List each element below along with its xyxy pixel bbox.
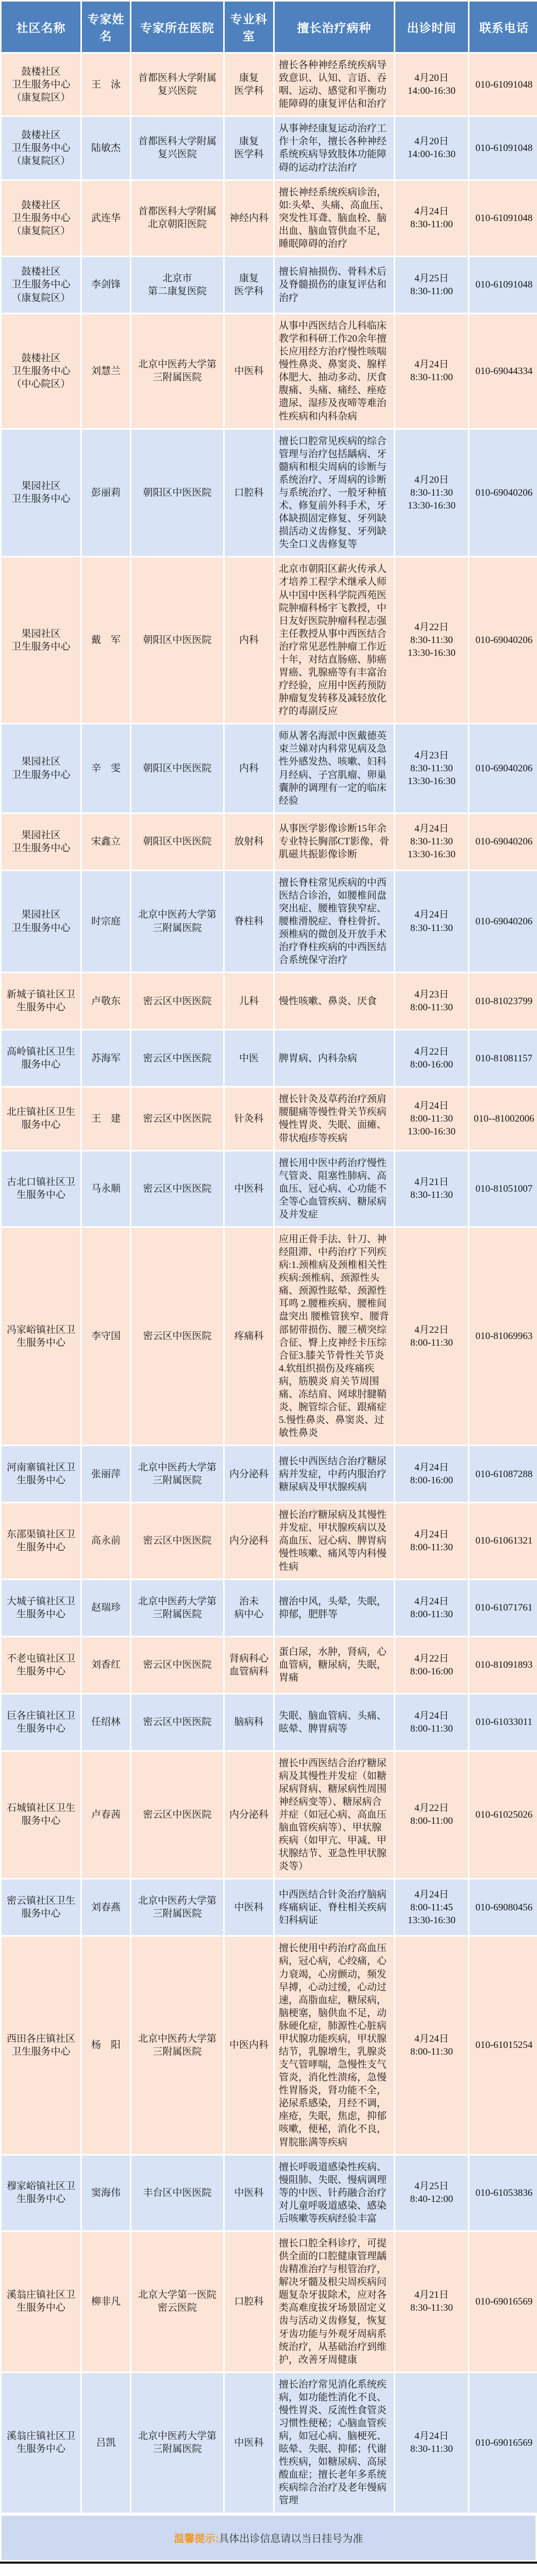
cell-specialty: 擅治中风，头晕，失眠，抑郁，肥胖等 bbox=[275, 1580, 394, 1636]
table-row: 西田各庄镇社区卫生服务中心杨 阳北京中医药大学第 三附属医院中医内科擅长使用中药… bbox=[2, 1937, 537, 2154]
cell-time: 4月20日 14:00-16:30 bbox=[395, 54, 468, 115]
cell-community: 新城子镇社区卫生服务中心 bbox=[2, 973, 80, 1029]
table-row: 鼓楼社区 卫生服务中心 （康复院区）武连华首都医科大学附属 北京朝阳医院神经内科… bbox=[2, 181, 537, 256]
cell-hospital: 密云区中医医院 bbox=[131, 1694, 223, 1750]
cell-hospital: 密云区中医医院 bbox=[131, 973, 223, 1029]
cell-hospital: 密云区中医医院 bbox=[131, 1151, 223, 1226]
cell-phone: 010-69080456 bbox=[469, 1879, 537, 1935]
cell-phone: 010-61091048 bbox=[469, 117, 537, 179]
cell-time: 4月24日 8:00-11:30 bbox=[395, 1503, 468, 1578]
cell-hospital: 首都医科大学附属 复兴医院 bbox=[131, 117, 223, 179]
cell-time: 4月24日 8:00-11:30 bbox=[395, 1694, 468, 1750]
cell-community: 鼓楼社区 卫生服务中心 （康复院区） bbox=[2, 181, 80, 256]
cell-hospital: 密云区中医医院 bbox=[131, 1503, 223, 1578]
cell-time: 4月20日 8:30-11:30 13:30-16:30 bbox=[395, 430, 468, 556]
cell-specialty: 擅长针灸及草药治疗颈肩腰腿痛等慢性骨关节疾病慢性胃炎、失眠、面瘫、带状疱疹等疾病 bbox=[275, 1088, 394, 1149]
cell-community: 果园社区 卫生服务中心 bbox=[2, 871, 80, 972]
cell-time: 4月23日 8:30-11:30 13:30-16:30 bbox=[395, 724, 468, 812]
cell-phone: 010-81051007 bbox=[469, 1151, 537, 1226]
cell-community: 鼓楼社区 卫生服务中心 （康复院区） bbox=[2, 117, 80, 179]
cell-name: 吕凯 bbox=[82, 2373, 130, 2513]
column-header-0: 社区名称 bbox=[2, 2, 80, 52]
cell-phone: 010-69040206 bbox=[469, 557, 537, 723]
column-header-1: 专家姓名 bbox=[82, 2, 130, 52]
cell-community: 大城子镇社区卫生服务中心 bbox=[2, 1580, 80, 1636]
cell-time: 4月21日 8:30-11:30 bbox=[395, 1151, 468, 1226]
cell-community: 果园社区 卫生服务中心 bbox=[2, 724, 80, 812]
cell-community: 果园社区 卫生服务中心 bbox=[2, 430, 80, 556]
cell-phone: 010-61087288 bbox=[469, 1446, 537, 1502]
cell-time: 4月24日 8:00-11:45 13:30-16:30 bbox=[395, 1879, 468, 1935]
cell-community: 果园社区 卫生服务中心 bbox=[2, 557, 80, 723]
table-row: 果园社区 卫生服务中心戴 军朝阳区中医医院内科北京市朝阳区薪火传承人才培养工程学… bbox=[2, 557, 537, 723]
header-row: 社区名称专家姓名专家所在医院专业科室擅长治疗病种出诊时间联系电话 bbox=[2, 2, 537, 52]
cell-hospital: 北京中医药大学第 三附属医院 bbox=[131, 871, 223, 972]
cell-hospital: 密云区中医医院 bbox=[131, 1637, 223, 1693]
cell-time: 4月24日 8:00-16:00 bbox=[395, 1446, 468, 1502]
cell-department: 儿科 bbox=[225, 973, 273, 1029]
cell-hospital: 朝阳区中医医院 bbox=[131, 814, 223, 870]
cell-time: 4月25日 8:30-11:00 bbox=[395, 257, 468, 313]
cell-hospital: 丰台区中医医院 bbox=[131, 2156, 223, 2230]
cell-specialty: 擅长中西医结合治疗糖尿病及其慢性并发症（如糖尿病肾病、糖尿病性周围神经病变等）、… bbox=[275, 1752, 394, 1878]
cell-time: 4月24日 8:00-11:30 bbox=[395, 1580, 468, 1636]
expert-schedule-table: 社区名称专家姓名专家所在医院专业科室擅长治疗病种出诊时间联系电话 鼓楼社区 卫生… bbox=[0, 0, 537, 2514]
cell-community: 鼓楼社区 卫生服务中心 （康复院区） bbox=[2, 257, 80, 313]
column-header-2: 专家所在医院 bbox=[131, 2, 223, 52]
column-header-5: 出诊时间 bbox=[395, 2, 468, 52]
cell-name: 李剑锋 bbox=[82, 257, 130, 313]
cell-phone: 010-69016569 bbox=[469, 2232, 537, 2371]
table-row: 不老屯镇社区卫生服务中心刘香红密云区中医医院肾病科心 血管病科蛋白尿，水肿，肾病… bbox=[2, 1637, 537, 1693]
cell-phone: 010-81081157 bbox=[469, 1030, 537, 1086]
cell-phone: 010--81002006 bbox=[469, 1088, 537, 1149]
table-row: 穆家峪镇社区卫生服务中心窦海伟丰台区中医医院中医科擅长呼吸道感染性疾病、慢阻肺、… bbox=[2, 2156, 537, 2230]
cell-community: 穆家峪镇社区卫生服务中心 bbox=[2, 2156, 80, 2230]
column-header-3: 专业科室 bbox=[225, 2, 273, 52]
cell-department: 中医科 bbox=[225, 1879, 273, 1935]
cell-phone: 010-69040206 bbox=[469, 814, 537, 870]
cell-phone: 010-61025026 bbox=[469, 1752, 537, 1878]
cell-hospital: 北京中医药大学第 三附属医院 bbox=[131, 1879, 223, 1935]
cell-community: 不老屯镇社区卫生服务中心 bbox=[2, 1637, 80, 1693]
cell-community: 冯家峪镇社区卫生服务中心 bbox=[2, 1228, 80, 1445]
cell-department: 中医科 bbox=[225, 314, 273, 428]
table-row: 新城子镇社区卫生服务中心卢敬东密云区中医医院儿科慢性咳嗽、鼻炎、厌食4月23日 … bbox=[2, 973, 537, 1029]
cell-time: 4月24日 8:30-11:00 bbox=[395, 181, 468, 256]
cell-time: 4月24日 8:30-11:30 bbox=[395, 2373, 468, 2513]
table-body: 鼓楼社区 卫生服务中心 （康复院区）王 泳首都医科大学附属 复兴医院康复 医学科… bbox=[2, 54, 537, 2513]
cell-name: 辛 雯 bbox=[82, 724, 130, 812]
footer-note: 温馨提示:具体出诊信息请以当日挂号为准 bbox=[2, 2516, 535, 2560]
table-row: 巨各庄镇社区卫生服务中心任绍林密云区中医医院脑病科失眠、脑血管病、头痛、眩晕、脾… bbox=[2, 1694, 537, 1750]
cell-department: 口腔科 bbox=[225, 430, 273, 556]
table-row: 冯家峪镇社区卫生服务中心李守国密云区中医医院疼痛科应用正骨手法、针刀、神经阻滞、… bbox=[2, 1228, 537, 1445]
cell-time: 4月24日 8:30-11:30 bbox=[395, 871, 468, 972]
cell-department: 神经内科 bbox=[225, 181, 273, 256]
cell-name: 马永顺 bbox=[82, 1151, 130, 1226]
cell-specialty: 中西医结合针灸治疗脑病疼痛病证、脊柱相关疾病妇科病证 bbox=[275, 1879, 394, 1935]
cell-community: 古北口镇社区卫生服务中心 bbox=[2, 1151, 80, 1226]
cell-department: 内科 bbox=[225, 724, 273, 812]
cell-community: 鼓楼社区 卫生服务中心 （中心院区） bbox=[2, 314, 80, 428]
cell-department: 肾病科心 血管病科 bbox=[225, 1637, 273, 1693]
table-row: 河南寨镇社区卫生服务中心张丽萍北京中医药大学第 三附属医院内分泌科擅长中西医结合… bbox=[2, 1446, 537, 1502]
cell-community: 北庄镇社区卫生服务中心 bbox=[2, 1088, 80, 1149]
cell-name: 卢春茜 bbox=[82, 1752, 130, 1878]
table-row: 鼓楼社区 卫生服务中心 （康复院区）王 泳首都医科大学附属 复兴医院康复 医学科… bbox=[2, 54, 537, 115]
cell-department: 中医内科 bbox=[225, 1937, 273, 2154]
column-header-6: 联系电话 bbox=[469, 2, 537, 52]
table-row: 鼓楼社区 卫生服务中心 （中心院区）刘慧兰北京中医药大学第 三附属医院中医科从事… bbox=[2, 314, 537, 428]
table-row: 溪翁庄镇社区卫生服务中心吕凯北京中医药大学第 三附属医院中医科擅长治疗常见消化系… bbox=[2, 2373, 537, 2513]
cell-department: 内分泌科 bbox=[225, 1752, 273, 1878]
cell-name: 彭丽莉 bbox=[82, 430, 130, 556]
cell-specialty: 擅长口腔常见疾病的综合管理与治疗包括龋病、牙髓病和根尖周病的诊断与系统治疗、牙周… bbox=[275, 430, 394, 556]
cell-hospital: 朝阳区中医医院 bbox=[131, 430, 223, 556]
cell-hospital: 朝阳区中医医院 bbox=[131, 557, 223, 723]
cell-specialty: 擅长呼吸道感染性疾病、慢阻肺、失眠、慢病调理等的中医、针药融合治疗对儿童呼吸道感… bbox=[275, 2156, 394, 2230]
cell-phone: 010-61033011 bbox=[469, 1694, 537, 1750]
cell-name: 任绍林 bbox=[82, 1694, 130, 1750]
cell-specialty: 擅长脊柱常见疾病的中西医结合诊治，如腰椎间盘突出症、腰椎管狭窄症、腰椎滑脱症、脊… bbox=[275, 871, 394, 972]
cell-name: 陆敏杰 bbox=[82, 117, 130, 179]
cell-department: 中医科 bbox=[225, 2373, 273, 2513]
cell-time: 4月24日 8:00-11:30 13:00-16:30 bbox=[395, 1088, 468, 1149]
cell-specialty: 从事医学影像诊断15年余专业特长胸部CT影像、骨肌磁共振影像诊断 bbox=[275, 814, 394, 870]
footer-text: 具体出诊信息请以当日挂号为准 bbox=[219, 2530, 363, 2545]
table-row: 古北口镇社区卫生服务中心马永顺密云区中医医院中医科擅长用中医中药治疗慢性气管炎、… bbox=[2, 1151, 537, 1226]
cell-phone: 010-69040206 bbox=[469, 724, 537, 812]
cell-hospital: 北京中医药大学第 三附属医院 bbox=[131, 314, 223, 428]
cell-community: 果园社区 卫生服务中心 bbox=[2, 814, 80, 870]
cell-specialty: 擅长治疗常见消化系统疾病，如功能性消化不良、慢性胃炎、反流性食管炎习惯性便秘；心… bbox=[275, 2373, 394, 2513]
cell-time: 4月21日 8:30-11:30 bbox=[395, 2232, 468, 2371]
cell-phone: 010-81091893 bbox=[469, 1637, 537, 1693]
table-row: 高岭镇社区卫生服务中心苏海军密云区中医医院中医脾胃病、内科杂病4月22日 8:0… bbox=[2, 1030, 537, 1086]
cell-phone: 010-61091048 bbox=[469, 257, 537, 313]
cell-department: 脊柱科 bbox=[225, 871, 273, 972]
cell-department: 脑病科 bbox=[225, 1694, 273, 1750]
cell-specialty: 擅长用中医中药治疗慢性气管炎、阻塞性肺病、高血压、冠心病、心功能不全等心血管疾病… bbox=[275, 1151, 394, 1226]
cell-name: 李守国 bbox=[82, 1228, 130, 1445]
cell-hospital: 密云区中医医院 bbox=[131, 1228, 223, 1445]
cell-department: 针灸科 bbox=[225, 1088, 273, 1149]
cell-name: 杨 阳 bbox=[82, 1937, 130, 2154]
cell-name: 高永前 bbox=[82, 1503, 130, 1578]
cell-name: 赵瑞珍 bbox=[82, 1580, 130, 1636]
cell-department: 康复 医学科 bbox=[225, 257, 273, 313]
cell-department: 中医 bbox=[225, 1030, 273, 1086]
table-row: 石城镇社区卫生服务中心卢春茜密云区中医医院内分泌科擅长中西医结合治疗糖尿病及其慢… bbox=[2, 1752, 537, 1878]
cell-time: 4月25日 8:40-12:00 bbox=[395, 2156, 468, 2230]
cell-specialty: 擅长使用中药治疗高血压病，冠心病，心绞痛，心力衰竭，心房颤动，频发早搏，心动过缓… bbox=[275, 1937, 394, 2154]
cell-hospital: 密云区中医医院 bbox=[131, 1088, 223, 1149]
cell-phone: 010-69044334 bbox=[469, 314, 537, 428]
cell-name: 柳非凡 bbox=[82, 2232, 130, 2371]
cell-specialty: 慢性咳嗽、鼻炎、厌食 bbox=[275, 973, 394, 1029]
cell-phone: 010-81023799 bbox=[469, 973, 537, 1029]
cell-community: 溪翁庄镇社区卫生服务中心 bbox=[2, 2232, 80, 2371]
cell-name: 戴 军 bbox=[82, 557, 130, 723]
cell-time: 4月22日 8:00-16:00 bbox=[395, 1030, 468, 1086]
cell-phone: 010-69016569 bbox=[469, 2373, 537, 2513]
table-row: 溪翁庄镇社区卫生服务中心柳非凡北京大学第一医院 密云医院口腔科擅长口腔全科诊疗，… bbox=[2, 2232, 537, 2371]
cell-community: 巨各庄镇社区卫生服务中心 bbox=[2, 1694, 80, 1750]
cell-name: 王 泳 bbox=[82, 54, 130, 115]
cell-hospital: 北京中医药大学第 三附属医院 bbox=[131, 2373, 223, 2513]
cell-community: 西田各庄镇社区卫生服务中心 bbox=[2, 1937, 80, 2154]
cell-specialty: 擅长各种神经系统疾病导致意识、认知、言语、吞咽、运动、感觉和平衡功能障碍的康复评… bbox=[275, 54, 394, 115]
cell-specialty: 从事神经康复运动治疗工作十余年，擅长各种神经系统疾病导致肢体功能障碍的运动疗法治… bbox=[275, 117, 394, 179]
cell-phone: 010-81069963 bbox=[469, 1228, 537, 1445]
table-row: 东邵渠镇社区卫生服务中心高永前密云区中医医院内分泌科擅长治疗糖尿病及其慢性并发症… bbox=[2, 1503, 537, 1578]
cell-hospital: 密云区中医医院 bbox=[131, 1030, 223, 1086]
cell-department: 内分泌科 bbox=[225, 1446, 273, 1502]
cell-specialty: 擅长肩袖损伤、骨科术后及脊髓损伤的康复评估和治疗 bbox=[275, 257, 394, 313]
cell-phone: 010-61071761 bbox=[469, 1580, 537, 1636]
cell-department: 康复 医学科 bbox=[225, 54, 273, 115]
cell-specialty: 北京市朝阳区薪火传承人才培养工程学术继承人师从中国中医科学院西苑医院肿瘤科杨宇飞… bbox=[275, 557, 394, 723]
cell-name: 武连华 bbox=[82, 181, 130, 256]
cell-name: 苏海军 bbox=[82, 1030, 130, 1086]
cell-specialty: 擅长中西医结合治疗糖尿病并发症，中药内服治疗糖尿病及甲状腺疾病 bbox=[275, 1446, 394, 1502]
cell-department: 放射科 bbox=[225, 814, 273, 870]
cell-department: 疼痛科 bbox=[225, 1228, 273, 1445]
cell-community: 石城镇社区卫生服务中心 bbox=[2, 1752, 80, 1878]
cell-name: 刘春燕 bbox=[82, 1879, 130, 1935]
cell-department: 中医科 bbox=[225, 2156, 273, 2230]
cell-hospital: 北京中医药大学第 三附属医院 bbox=[131, 1446, 223, 1502]
table-row: 果园社区 卫生服务中心彭丽莉朝阳区中医医院口腔科擅长口腔常见疾病的综合管理与治疗… bbox=[2, 430, 537, 556]
cell-specialty: 脾胃病、内科杂病 bbox=[275, 1030, 394, 1086]
cell-hospital: 朝阳区中医医院 bbox=[131, 724, 223, 812]
table-row: 密云镇社区卫生服务中心刘春燕北京中医药大学第 三附属医院中医科中西医结合针灸治疗… bbox=[2, 1879, 537, 1935]
cell-hospital: 密云区中医医院 bbox=[131, 1752, 223, 1878]
cell-time: 4月24日 8:00-11:30 bbox=[395, 1937, 468, 2154]
cell-time: 4月22日 8:00-11:00 bbox=[395, 1752, 468, 1878]
cell-phone: 010-61053836 bbox=[469, 2156, 537, 2230]
cell-department: 内分泌科 bbox=[225, 1503, 273, 1578]
cell-phone: 010-61091048 bbox=[469, 181, 537, 256]
cell-community: 东邵渠镇社区卫生服务中心 bbox=[2, 1503, 80, 1578]
cell-phone: 010-61061321 bbox=[469, 1503, 537, 1578]
table-row: 大城子镇社区卫生服务中心赵瑞珍北京中医药大学第 三附属医院治未 病中心擅治中风，… bbox=[2, 1580, 537, 1636]
community-expert-schedule-page: 社区名称专家姓名专家所在医院专业科室擅长治疗病种出诊时间联系电话 鼓楼社区 卫生… bbox=[0, 0, 537, 2564]
cell-hospital: 北京中医药大学第 三附属医院 bbox=[131, 1580, 223, 1636]
cell-time: 4月22日 8:30-11:30 13:30-16:30 bbox=[395, 557, 468, 723]
cell-department: 内科 bbox=[225, 557, 273, 723]
table-row: 果园社区 卫生服务中心辛 雯朝阳区中医医院内科师从著名海派中医戴德英束兰娣对内科… bbox=[2, 724, 537, 812]
cell-specialty: 失眠、脑血管病、头痛、眩晕、脾胃病等 bbox=[275, 1694, 394, 1750]
cell-community: 溪翁庄镇社区卫生服务中心 bbox=[2, 2373, 80, 2513]
cell-phone: 010-61015254 bbox=[469, 1937, 537, 2154]
cell-name: 窦海伟 bbox=[82, 2156, 130, 2230]
cell-hospital: 北京中医药大学第 三附属医院 bbox=[131, 1937, 223, 2154]
table-row: 果园社区 卫生服务中心时宗庭北京中医药大学第 三附属医院脊柱科擅长脊柱常见疾病的… bbox=[2, 871, 537, 972]
cell-name: 卢敬东 bbox=[82, 973, 130, 1029]
footer-highlight: 温馨提示: bbox=[174, 2530, 219, 2545]
cell-hospital: 首都医科大学附属 北京朝阳医院 bbox=[131, 181, 223, 256]
cell-time: 4月20日 14:00-16:30 bbox=[395, 117, 468, 179]
cell-specialty: 擅长口腔全科诊疗，可提供全面的口腔健康管理龋齿精准治疗与根管治疗，解决牙髓及根尖… bbox=[275, 2232, 394, 2371]
cell-specialty: 从事中西医结合儿科临床教学和科研工作20余年擅长应用经方治疗慢性咳喘慢性鼻炎、鼻… bbox=[275, 314, 394, 428]
cell-hospital: 北京大学第一医院 密云医院 bbox=[131, 2232, 223, 2371]
cell-specialty: 师从著名海派中医戴德英束兰娣对内科常见病及急性外感发热、咳嗽、妇科月经病、子宫肌… bbox=[275, 724, 394, 812]
table-row: 鼓楼社区 卫生服务中心 （康复院区）李剑锋北京市 第二康复医院康复 医学科擅长肩… bbox=[2, 257, 537, 313]
cell-time: 4月24日 8:30-11:30 13:30-16:30 bbox=[395, 814, 468, 870]
cell-phone: 010-69040206 bbox=[469, 871, 537, 972]
cell-name: 时宗庭 bbox=[82, 871, 130, 972]
cell-phone: 010-61091048 bbox=[469, 54, 537, 115]
cell-time: 4月23日 8:00-11:30 bbox=[395, 973, 468, 1029]
cell-time: 4月24日 8:30-11:00 bbox=[395, 314, 468, 428]
bottom-divider bbox=[0, 2562, 537, 2564]
cell-community: 鼓楼社区 卫生服务中心 （康复院区） bbox=[2, 54, 80, 115]
cell-department: 口腔科 bbox=[225, 2232, 273, 2371]
cell-community: 密云镇社区卫生服务中心 bbox=[2, 1879, 80, 1935]
cell-specialty: 擅长治疗糖尿病及其慢性并发症、甲状腺疾病以及高血压、冠心病、脾胃病慢性咳嗽、痛风… bbox=[275, 1503, 394, 1578]
cell-name: 刘香红 bbox=[82, 1637, 130, 1693]
cell-department: 中医科 bbox=[225, 1151, 273, 1226]
cell-specialty: 蛋白尿，水肿，肾病，心血管病，糖尿病，失眠，胃痛 bbox=[275, 1637, 394, 1693]
cell-name: 刘慧兰 bbox=[82, 314, 130, 428]
cell-name: 宋鑫立 bbox=[82, 814, 130, 870]
cell-specialty: 应用正骨手法、针刀、神经阻滞、中药治疗下列疾病:1.颈椎病及颈椎相关性疾病:颈椎… bbox=[275, 1228, 394, 1445]
cell-community: 高岭镇社区卫生服务中心 bbox=[2, 1030, 80, 1086]
cell-name: 王 建 bbox=[82, 1088, 130, 1149]
cell-phone: 010-69040206 bbox=[469, 430, 537, 556]
cell-specialty: 擅长神经系统疾病诊治，如:头晕、头痛、高血压、突发性耳聋、脑血栓、脑出血、脑血管… bbox=[275, 181, 394, 256]
table-row: 鼓楼社区 卫生服务中心 （康复院区）陆敏杰首都医科大学附属 复兴医院康复 医学科… bbox=[2, 117, 537, 179]
cell-hospital: 首都医科大学附属 复兴医院 bbox=[131, 54, 223, 115]
cell-time: 4月22日 8:00-16:00 bbox=[395, 1637, 468, 1693]
cell-department: 康复 医学科 bbox=[225, 117, 273, 179]
cell-hospital: 北京市 第二康复医院 bbox=[131, 257, 223, 313]
cell-name: 张丽萍 bbox=[82, 1446, 130, 1502]
column-header-4: 擅长治疗病种 bbox=[275, 2, 394, 52]
cell-community: 河南寨镇社区卫生服务中心 bbox=[2, 1446, 80, 1502]
table-row: 果园社区 卫生服务中心宋鑫立朝阳区中医医院放射科从事医学影像诊断15年余专业特长… bbox=[2, 814, 537, 870]
cell-department: 治未 病中心 bbox=[225, 1580, 273, 1636]
table-row: 北庄镇社区卫生服务中心王 建密云区中医医院针灸科擅长针灸及草药治疗颈肩腰腿痛等慢… bbox=[2, 1088, 537, 1149]
cell-time: 4月22日 8:00-11:30 bbox=[395, 1228, 468, 1445]
